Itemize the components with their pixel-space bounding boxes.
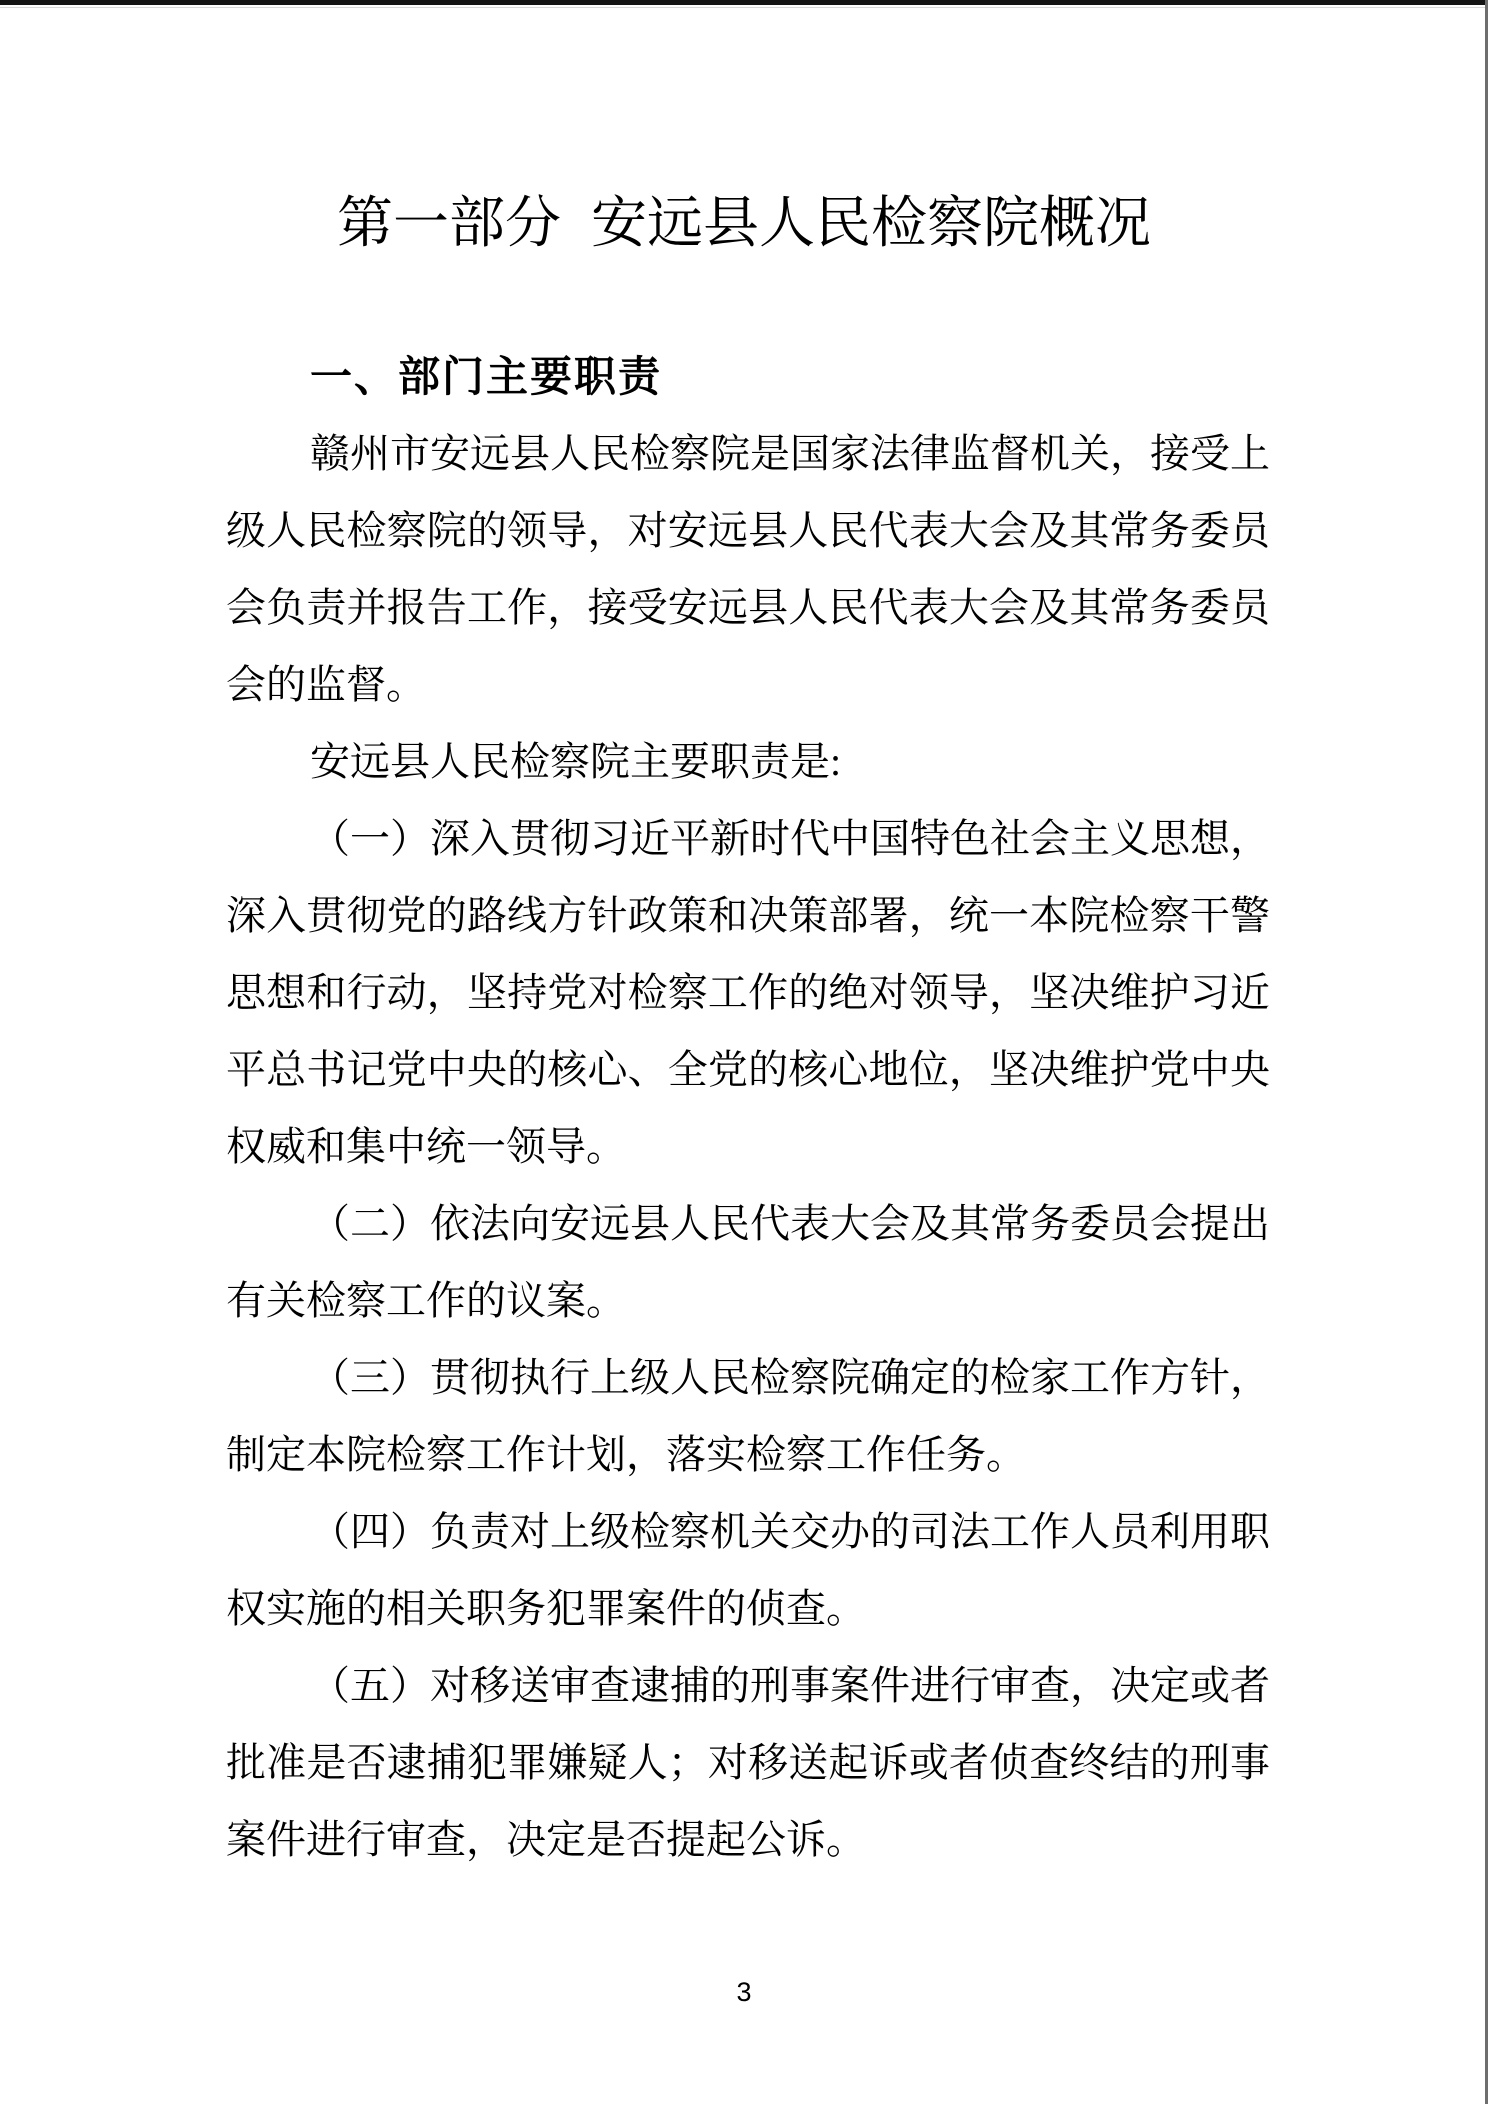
body-line: （二）依法向安远县人民代表大会及其常务委员会提出 [226,1185,1270,1262]
page-number: 3 [0,1972,1488,2012]
body-line: 思想和行动，坚持党对检察工作的绝对领导，坚决维护习近 [226,954,1270,1031]
body-line: 权威和集中统一领导。 [226,1108,1270,1185]
body-line: （三）贯彻执行上级人民检察院确定的检家工作方针， [226,1339,1270,1416]
body-line: 深入贯彻党的路线方针政策和决策部署，统一本院检察干警 [226,877,1270,954]
document-page: 第一部分 安远县人民检察院概况 一、部门主要职责 赣州市安远县人民检察院是国家法… [0,0,1488,2104]
body-line: （四）负责对上级检察机关交办的司法工作人员利用职 [226,1493,1270,1570]
body-line: 平总书记党中央的核心、全党的核心地位，坚决维护党中央 [226,1031,1270,1108]
body-line: 制定本院检察工作计划，落实检察工作任务。 [226,1416,1270,1493]
page-top-border [0,0,1488,5]
body-line: 会的监督。 [226,646,1270,723]
document-title: 第一部分 安远县人民检察院概况 [0,192,1488,256]
body-line: 批准是否逮捕犯罪嫌疑人；对移送起诉或者侦查终结的刑事 [226,1724,1270,1801]
body-line: （一）深入贯彻习近平新时代中国特色社会主义思想， [226,800,1270,877]
body-line: 案件进行审查，决定是否提起公诉。 [226,1801,1270,1878]
body-line: 级人民检察院的领导，对安远县人民代表大会及其常务委员 [226,492,1270,569]
body-line: 权实施的相关职务犯罪案件的侦查。 [226,1570,1270,1647]
section-heading: 一、部门主要职责 [310,338,662,415]
page-top-hairline [0,7,1488,8]
document-body: 赣州市安远县人民检察院是国家法律监督机关，接受上 级人民检察院的领导，对安远县人… [226,415,1270,1878]
body-line: 安远县人民检察院主要职责是: [226,723,1270,800]
body-line: 赣州市安远县人民检察院是国家法律监督机关，接受上 [226,415,1270,492]
body-line: 有关检察工作的议案。 [226,1262,1270,1339]
body-line: 会负责并报告工作，接受安远县人民代表大会及其常务委员 [226,569,1270,646]
body-line: （五）对移送审查逮捕的刑事案件进行审查，决定或者 [226,1647,1270,1724]
